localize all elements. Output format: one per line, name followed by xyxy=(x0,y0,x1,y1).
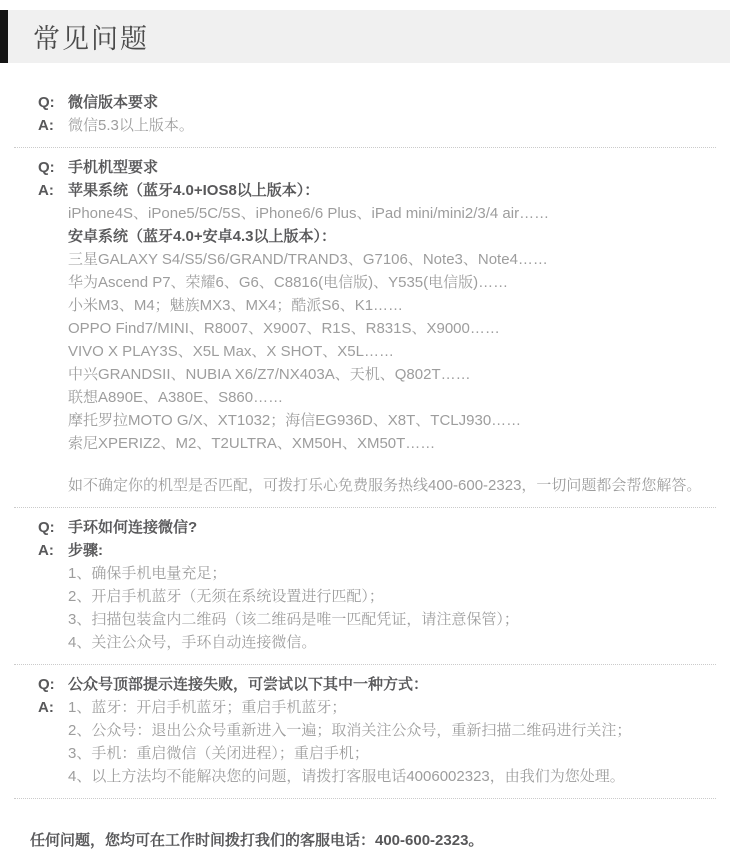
answer-row: 3、扫描包装盒内二维码（该二维码是唯一匹配凭证，请注意保管）； xyxy=(68,608,716,631)
answer-line: 摩托罗拉MOTO G/X、XT1032；海信EG936D、X8T、TCLJ930… xyxy=(68,409,521,432)
answer-line: 三星GALAXY S4/S5/S6/GRAND/TRAND3、G7106、Not… xyxy=(68,248,548,271)
answer-line: 3、扫描包装盒内二维码（该二维码是唯一匹配凭证，请注意保管）； xyxy=(68,608,519,631)
a-label: A: xyxy=(38,539,68,562)
question-text: 公众号顶部提示连接失败，可尝试以下其中一种方式： xyxy=(68,673,428,696)
page-title: 常见问题 xyxy=(33,17,149,56)
a-label: A: xyxy=(38,114,68,137)
answer-line: 微信5.3以上版本。 xyxy=(68,114,194,137)
answer-row: 索尼XPERIZ2、M2、T2ULTRA、XM50H、XM50T…… xyxy=(68,432,716,455)
q-label: Q: xyxy=(38,516,68,539)
section-divider xyxy=(14,798,716,799)
answer-row: A:微信5.3以上版本。 xyxy=(38,114,716,137)
answer-row: OPPO Find7/MINI、R8007、X9007、R1S、R831S、X9… xyxy=(68,317,716,340)
answer-line: 联想A890E、A380E、S860…… xyxy=(68,386,283,409)
answer-row: 三星GALAXY S4/S5/S6/GRAND/TRAND3、G7106、Not… xyxy=(68,248,716,271)
answer-line: 1、蓝牙：开启手机蓝牙；重启手机蓝牙； xyxy=(68,696,346,719)
answer-row: 联想A890E、A380E、S860…… xyxy=(68,386,716,409)
answer-row: 安卓系统（蓝牙4.0+安卓4.3以上版本）： xyxy=(68,225,716,248)
answer-line: iPhone4S、iPone5/5C/5S、iPhone6/6 Plus、iPa… xyxy=(68,202,549,225)
question-row: Q:手环如何连接微信? xyxy=(38,516,716,539)
faq-section: Q:微信版本要求A:微信5.3以上版本。 xyxy=(38,83,716,147)
answer-row: 4、以上方法均不能解决您的问题，请拨打客服电话4006002323，由我们为您处… xyxy=(68,765,716,788)
question-row: Q:微信版本要求 xyxy=(38,91,716,114)
answer-row: 4、关注公众号，手环自动连接微信。 xyxy=(68,631,716,654)
a-label: A: xyxy=(38,696,68,719)
question-text: 手环如何连接微信? xyxy=(68,516,197,539)
answer-row: 1、确保手机电量充足； xyxy=(68,562,716,585)
faq-section: Q:手机机型要求A:苹果系统（蓝牙4.0+IOS8以上版本）：iPhone4S、… xyxy=(38,148,716,507)
answer-row: iPhone4S、iPone5/5C/5S、iPhone6/6 Plus、iPa… xyxy=(68,202,716,225)
question-text: 手机机型要求 xyxy=(68,156,158,179)
answer-line: 4、以上方法均不能解决您的问题，请拨打客服电话4006002323，由我们为您处… xyxy=(68,765,625,788)
answer-line: OPPO Find7/MINI、R8007、X9007、R1S、R831S、X9… xyxy=(68,317,500,340)
answer-row: VIVO X PLAY3S、X5L Max、X SHOT、X5L…… xyxy=(68,340,716,363)
answer-line: 小米M3、M4；魅族MX3、MX4；酷派S6、K1…… xyxy=(68,294,403,317)
answer-row: 华为Ascend P7、荣耀6、G6、C8816(电信版)、Y535(电信版)…… xyxy=(68,271,716,294)
answer-line: 3、手机：重启微信（关闭进程）；重启手机； xyxy=(68,742,369,765)
header-accent-bar xyxy=(0,10,8,63)
answer-line: 苹果系统（蓝牙4.0+IOS8以上版本）： xyxy=(68,179,319,202)
question-text: 微信版本要求 xyxy=(68,91,158,114)
answer-line: 4、关注公众号，手环自动连接微信。 xyxy=(68,631,316,654)
answer-line: 步骤: xyxy=(68,539,103,562)
answer-row: A:步骤: xyxy=(38,539,716,562)
q-label: Q: xyxy=(38,156,68,179)
faq-section: Q:公众号顶部提示连接失败，可尝试以下其中一种方式：A:1、蓝牙：开启手机蓝牙；… xyxy=(38,665,716,798)
answer-row: 3、手机：重启微信（关闭进程）；重启手机； xyxy=(68,742,716,765)
answer-row: 小米M3、M4；魅族MX3、MX4；酷派S6、K1…… xyxy=(68,294,716,317)
answer-line: 安卓系统（蓝牙4.0+安卓4.3以上版本）： xyxy=(68,225,336,248)
answer-line: 如不确定你的机型是否匹配，可拨打乐心免费服务热线400-600-2323，一切问… xyxy=(68,474,701,497)
q-label: Q: xyxy=(38,673,68,696)
question-row: Q:手机机型要求 xyxy=(38,156,716,179)
answer-line: 2、开启手机蓝牙（无须在系统设置进行匹配）； xyxy=(68,585,384,608)
faq-list: Q:微信版本要求A:微信5.3以上版本。Q:手机机型要求A:苹果系统（蓝牙4.0… xyxy=(0,63,730,799)
answer-line: 1、确保手机电量充足； xyxy=(68,562,226,585)
answer-line: 2、公众号：退出公众号重新进入一遍；取消关注公众号，重新扫描二维码进行关注； xyxy=(68,719,631,742)
answer-row: 2、开启手机蓝牙（无须在系统设置进行匹配）； xyxy=(68,585,716,608)
answer-row: 摩托罗拉MOTO G/X、XT1032；海信EG936D、X8T、TCLJ930… xyxy=(68,409,716,432)
answer-line: 中兴GRANDSII、NUBIA X6/Z7/NX403A、天机、Q802T…… xyxy=(68,363,471,386)
q-label: Q: xyxy=(38,91,68,114)
question-row: Q:公众号顶部提示连接失败，可尝试以下其中一种方式： xyxy=(38,673,716,696)
footer-note: 任何问题，您均可在工作时间拨打我们的客服电话：400-600-2323。 xyxy=(0,814,730,852)
answer-row: 中兴GRANDSII、NUBIA X6/Z7/NX403A、天机、Q802T…… xyxy=(68,363,716,386)
answer-row: A:苹果系统（蓝牙4.0+IOS8以上版本）： xyxy=(38,179,716,202)
answer-line: VIVO X PLAY3S、X5L Max、X SHOT、X5L…… xyxy=(68,340,394,363)
answer-line: 华为Ascend P7、荣耀6、G6、C8816(电信版)、Y535(电信版)…… xyxy=(68,271,508,294)
answer-row: 2、公众号：退出公众号重新进入一遍；取消关注公众号，重新扫描二维码进行关注； xyxy=(68,719,716,742)
section-header: 常见问题 xyxy=(0,10,730,63)
faq-section: Q:手环如何连接微信?A:步骤:1、确保手机电量充足；2、开启手机蓝牙（无须在系… xyxy=(38,508,716,664)
answer-row: 如不确定你的机型是否匹配，可拨打乐心免费服务热线400-600-2323，一切问… xyxy=(68,474,716,497)
answer-row: A:1、蓝牙：开启手机蓝牙；重启手机蓝牙； xyxy=(38,696,716,719)
footer: 任何问题，您均可在工作时间拨打我们的客服电话：400-600-2323。 xyxy=(0,814,730,852)
a-label: A: xyxy=(38,179,68,202)
answer-line: 索尼XPERIZ2、M2、T2ULTRA、XM50H、XM50T…… xyxy=(68,432,435,455)
